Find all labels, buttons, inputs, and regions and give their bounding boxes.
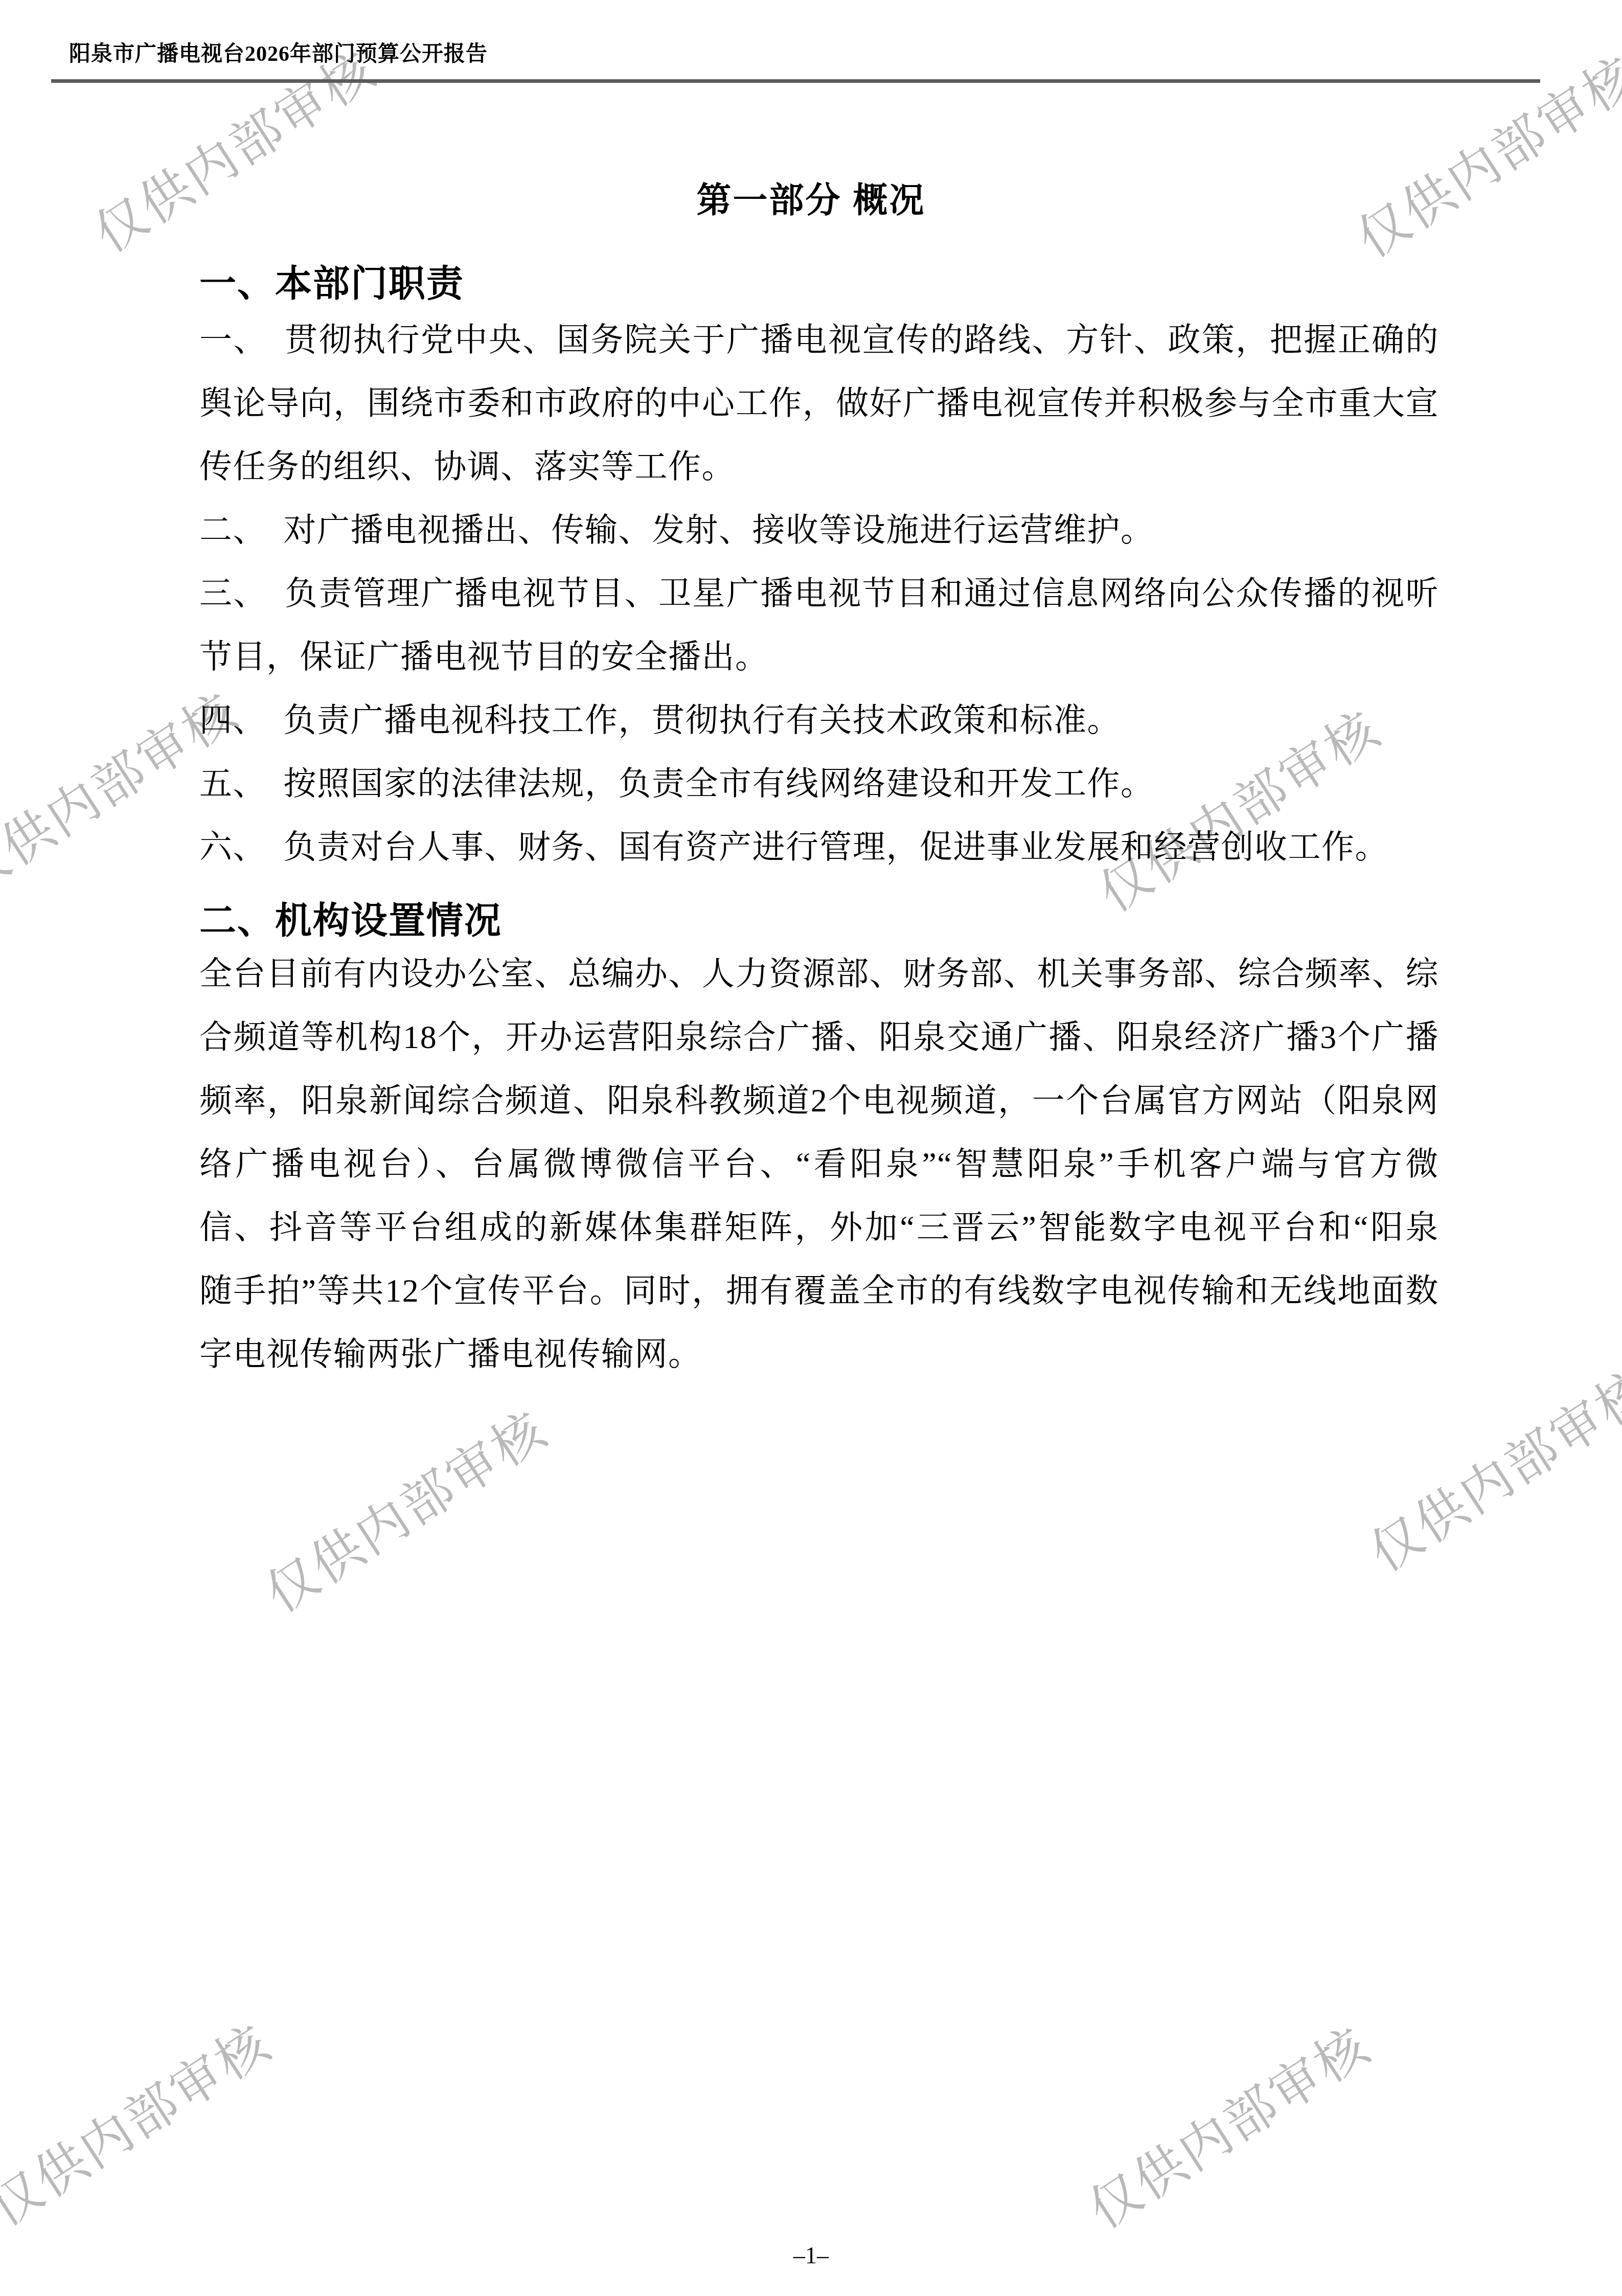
body-line: 字电视传输两张广播电视传输网。: [199, 1323, 1439, 1386]
body-line: 全台目前有内设办公室、总编办、人力资源部、财务部、机关事务部、综合频率、综: [199, 942, 1439, 1006]
body-line: 随手拍”等共12个宣传平台。同时，拥有覆盖全市的有线数字电视传输和无线地面数: [199, 1259, 1439, 1323]
body-line: 六、 负责对台人事、财务、国有资产进行管理，促进事业发展和经营创收工作。: [199, 815, 1439, 879]
body-line: 一、 贯彻执行党中央、国务院关于广播电视宣传的路线、方针、政策，把握正确的: [199, 308, 1439, 372]
body-line: 节目，保证广播电视节目的安全播出。: [199, 625, 1439, 689]
body-line: 络广播电视台）、台属微博微信平台、“看阳泉”“智慧阳泉”手机客户端与官方微: [199, 1132, 1439, 1196]
watermark: 仅供内部审核: [249, 1390, 559, 1627]
document-page: 仅供内部审核 仅供内部审核 仅供内部审核 仅供内部审核 仅供内部审核 仅供内部审…: [0, 0, 1622, 2296]
body-line: 频率，阳泉新闻综合频道、阳泉科教频道2个电视频道，一个台属官方网站（阳泉网: [199, 1069, 1439, 1132]
header-rule: [51, 79, 1540, 83]
section-heading-1: 一、本部门职责: [199, 254, 464, 307]
body-line: 二、 对广播电视播出、传输、发射、接收等设施进行运营维护。: [199, 498, 1439, 562]
page-number: –1–: [0, 2242, 1622, 2269]
body-line: 传任务的组织、协调、落实等工作。: [199, 435, 1439, 498]
section-body-2: 全台目前有内设办公室、总编办、人力资源部、财务部、机关事务部、综合频率、综 合频…: [199, 942, 1439, 1386]
watermark: 仅供内部审核: [1072, 2006, 1382, 2243]
section-heading-2: 二、机构设置情况: [199, 891, 502, 944]
body-line: 三、 负责管理广播电视节目、卫星广播电视节目和通过信息网络向公众传播的视听: [199, 562, 1439, 625]
section-body-1: 一、 贯彻执行党中央、国务院关于广播电视宣传的路线、方针、政策，把握正确的 舆论…: [199, 308, 1439, 879]
body-line: 舆论导向，围绕市委和市政府的中心工作，做好广播电视宣传并积极参与全市重大宣: [199, 372, 1439, 435]
page-header-title: 阳泉市广播电视台2026年部门预算公开报告: [69, 37, 488, 67]
body-line: 五、 按照国家的法律法规，负责全市有线网络建设和开发工作。: [199, 752, 1439, 815]
body-line: 合频道等机构18个，开办运营阳泉综合广播、阳泉交通广播、阳泉经济广播3个广播: [199, 1006, 1439, 1069]
body-line: 四、 负责广播电视科技工作，贯彻执行有关技术政策和标准。: [199, 689, 1439, 752]
document-title: 第一部分 概况: [0, 173, 1622, 222]
watermark: 仅供内部审核: [0, 2003, 283, 2240]
body-line: 信、抖音等平台组成的新媒体集群矩阵，外加“三晋云”智能数字电视平台和“阳泉: [199, 1196, 1439, 1259]
watermark: 仅供内部审核: [1340, 35, 1622, 272]
